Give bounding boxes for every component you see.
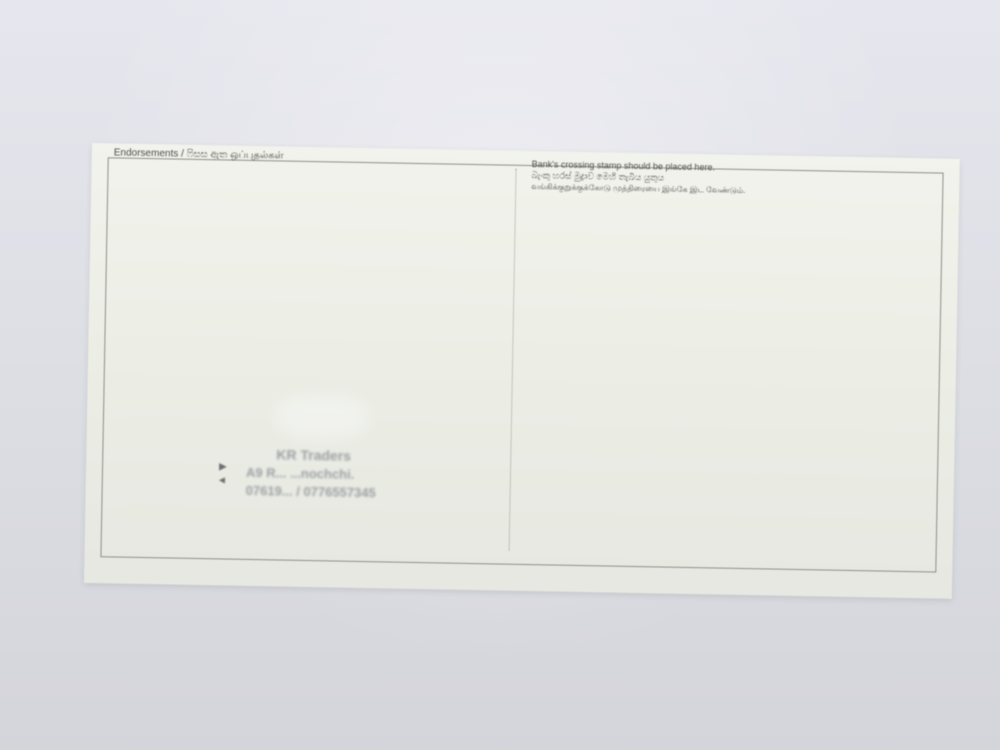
stamp-address: A9 R... ...nochchi.: [246, 465, 376, 482]
rubber-stamp: KR Traders A9 R... ...nochchi. 07619... …: [236, 446, 377, 501]
faint-mark: [277, 396, 368, 438]
cheque-border-frame: [100, 157, 943, 572]
arrow-right-icon: ▶: [219, 461, 227, 472]
stamp-business-name: KR Traders: [276, 446, 376, 464]
bank-crossing-instructions: Bank's crossing stamp should be placed h…: [531, 159, 746, 196]
stamp-phone: 07619... / 0776557345: [246, 483, 376, 500]
arrow-left-icon: ◀: [219, 475, 225, 484]
cheque-back: Endorsements / ෆිසස ඇත ஒப்புதல்கள் Bank'…: [84, 143, 960, 599]
